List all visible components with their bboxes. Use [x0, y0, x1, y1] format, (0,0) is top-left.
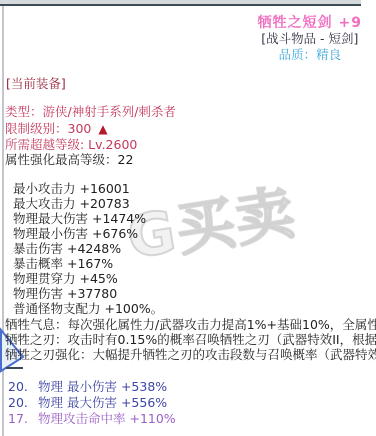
enchant-row: 20.物理 最大伤害 +556% — [8, 395, 167, 410]
enchant-index: 20. — [8, 379, 38, 394]
effect-row: 牺牲气息：每次强化属性力/武器攻击力提高1%+基础10%，全属性增加 — [5, 317, 376, 332]
stat-row: 物理最小伤害 +676% — [13, 226, 138, 241]
enchant-text: 物理 最大伤害 +556% — [38, 395, 167, 410]
stat-row: 物理贯穿力 +45% — [13, 271, 118, 286]
level-limit-text: 限制级别：300 — [5, 121, 91, 136]
stat-row: 物理最大伤害 +1474% — [13, 211, 146, 226]
effect-row: 牺牲之刃：攻击时有0.15%的概率召唤牺牲之刃（武器特效II，根据武器 — [5, 332, 376, 347]
effect-row: 牺牲之刃强化：大幅提升牺牲之刃的攻击段数与召唤概率（武器特效II — [5, 347, 376, 362]
attr-reinforce-level: 属性强化最高等级：22 — [5, 152, 133, 167]
stat-row: 最小攻击力 +16001 — [13, 181, 130, 196]
enchant-text: 物理 最小伤害 +538% — [38, 379, 167, 394]
item-tooltip: G买卖 牺牲之短剑 +9 [战斗物品 - 短剑] 品质：精良 [当前装备] 类型… — [0, 0, 376, 436]
item-quality: 品质：精良 — [258, 47, 362, 63]
tooltip-header: 牺牲之短剑 +9 [战斗物品 - 短剑] 品质：精良 — [258, 15, 362, 63]
equipped-label: [当前装备] — [6, 76, 66, 91]
tooltip-content: 牺牲之短剑 +9 [战斗物品 - 短剑] 品质：精良 [当前装备] 类型：游侠/… — [0, 0, 376, 436]
enchant-row: 20.物理 最小伤害 +538% — [8, 379, 167, 394]
stat-row: 物理伤害 +37780 — [13, 286, 117, 301]
stat-row: 最大攻击力 +20783 — [13, 196, 130, 211]
item-name: 牺牲之短剑 +9 — [258, 15, 362, 31]
enchant-index: 17. — [8, 411, 38, 426]
enchant-row: 17.物理攻击命中率 +110% — [8, 411, 176, 426]
item-category: [战斗物品 - 短剑] — [258, 31, 362, 47]
level-up-triangle-icon: ▲ — [98, 122, 107, 136]
stat-row: 暴击概率 +167% — [13, 256, 113, 271]
enchant-index: 20. — [8, 395, 38, 410]
stat-row: 暴击伤害 +4248% — [13, 241, 121, 256]
item-type: 类型：游侠/神射手系列/刺杀者 — [5, 104, 176, 119]
stat-row: 普通怪物支配力 +100%。 — [13, 301, 163, 316]
level-limit: 限制级别：300▲ — [5, 121, 108, 137]
enchant-text: 物理攻击命中率 +110% — [38, 411, 176, 426]
transcend-level: 所需超越等级: Lv.2600 — [5, 137, 137, 152]
